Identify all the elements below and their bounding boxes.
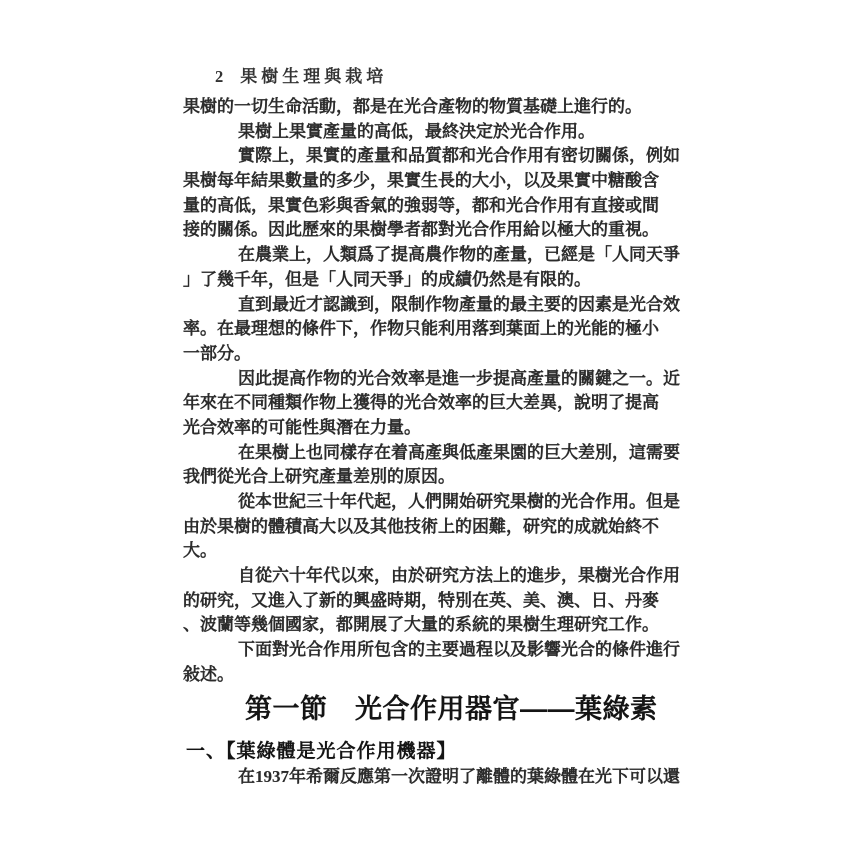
text-line: 量的高低，果實色彩與香氣的強弱等，都和光合作用有直接或間 [183, 194, 669, 219]
text-line: 光合效率的可能性與潛在力量。 [183, 416, 669, 441]
text-line: 」了幾千年，但是「人同天爭」的成績仍然是有限的。 [183, 268, 669, 293]
book-title: 果樹生理與栽培 [240, 62, 387, 87]
scanned-book-page: 2 果樹生理與栽培 果樹的一切生命活動，都是在光合產物的物質基礎上進行的。 果樹… [0, 0, 850, 850]
text-line: 接的關係。因此歷來的果樹學者都對光合作用給以極大的重視。 [183, 218, 669, 243]
text-line: 實際上，果實的產量和品質都和光合作用有密切關係，例如 [183, 144, 669, 169]
text-line: 由於果樹的體積高大以及其他技術上的困難，研究的成就始終不 [183, 515, 669, 540]
text-line: 在果樹上也同樣存在着高產與低產果園的巨大差別，這需要 [183, 441, 669, 466]
text-line: 因此提高作物的光合效率是進一步提高產量的關鍵之一。近 [183, 367, 669, 392]
text-line: 從本世紀三十年代起，人們開始研究果樹的光合作用。但是 [183, 490, 669, 515]
text-line: 一部分。 [183, 342, 669, 367]
text-line: 的研究，又進入了新的興盛時期，特別在英、美、澳、日、丹麥 [183, 589, 669, 614]
text-line: 在農業上，人類爲了提高農作物的產量，已經是「人同天爭 [183, 243, 669, 268]
text-line-continuation: 在1937年希爾反應第一次證明了離體的葉綠體在光下可以還 [183, 765, 669, 790]
text-line: 下面對光合作用所包含的主要過程以及影響光合的條件進行 [183, 638, 669, 663]
text-line: 果樹每年結果數量的多少，果實生長的大小，以及果實中糖酸含 [183, 169, 669, 194]
text-line: 大。 [183, 539, 669, 564]
text-line: 敍述。 [183, 663, 669, 688]
body-text: 果樹的一切生命活動，都是在光合產物的物質基礎上進行的。 果樹上果實產量的高低，最… [183, 95, 669, 789]
text-line: 直到最近才認識到，限制作物產量的最主要的因素是光合效 [183, 293, 669, 318]
page-number: 2 [215, 67, 223, 87]
text-line: 年來在不同種類作物上獲得的光合效率的巨大差異，說明了提高 [183, 391, 669, 416]
text-line: 我們從光合上研究產量差別的原因。 [183, 465, 669, 490]
text-line: 果樹上果實產量的高低，最終決定於光合作用。 [183, 120, 669, 145]
subsection-heading: 一、【葉綠體是光合作用機器】 [183, 740, 669, 765]
text-line: 自從六十年代以來，由於研究方法上的進步，果樹光合作用 [183, 564, 669, 589]
running-head: 2 果樹生理與栽培 [215, 62, 387, 87]
text-line: 果樹的一切生命活動，都是在光合產物的物質基礎上進行的。 [183, 95, 669, 120]
text-line: 率。在最理想的條件下，作物只能利用落到葉面上的光能的極小 [183, 317, 669, 342]
text-line: 、波蘭等幾個國家，都開展了大量的系統的果樹生理研究工作。 [183, 613, 669, 638]
section-heading: 第一節 光合作用器官——葉綠素 [183, 692, 669, 729]
